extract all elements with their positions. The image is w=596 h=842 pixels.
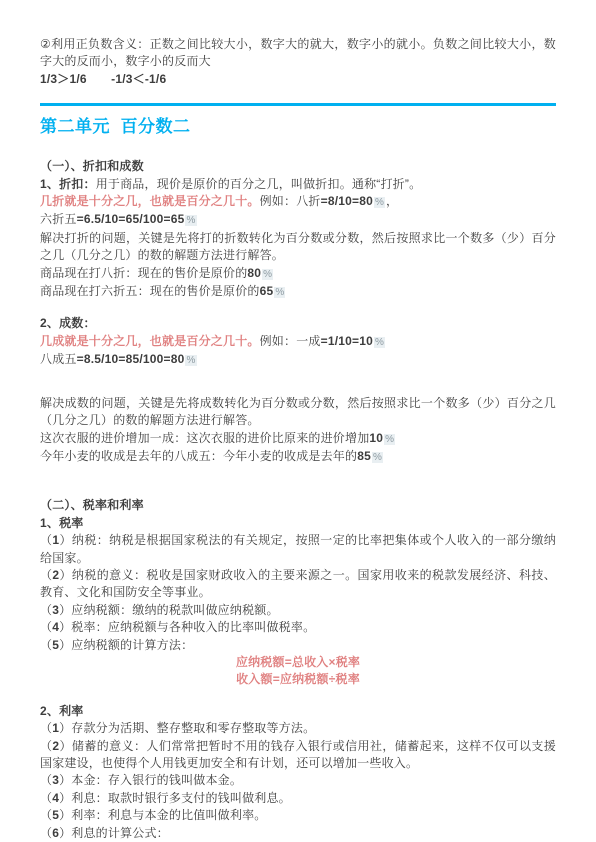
discount-label: 1、折扣： — [40, 177, 96, 191]
interest-heading: 2、利率 — [40, 703, 556, 720]
chengshu-rule-highlight: 几成就是十分之几，也就是百分之几十。 — [40, 334, 260, 348]
tax-heading: 1、税率 — [40, 515, 556, 532]
document-content: ②利用正负数含义：正数之间比较大小，数字大的就大，数字小的就小。负数之间比较大小… — [0, 0, 596, 842]
chengshu-rule: 几成就是十分之几，也就是百分之几十。例如：一成=1/10=10% — [40, 333, 556, 351]
interest-item: （6）利息的计算公式： — [40, 825, 556, 842]
document-page: ②利用正负数含义：正数之间比较大小，数字大的就大，数字小的就小。负数之间比较大小… — [0, 0, 596, 842]
fraction-comparison: 1/3＞1/6 -1/3＜-1/6 — [40, 71, 556, 88]
chengshu-case1: 这次衣服的进价增加一成：这次衣服的进价比原来的进价增加10% — [40, 430, 556, 448]
section1-heading: （一）、折扣和成数 — [40, 158, 556, 175]
unit-title: 第二单元 百分数二 — [40, 117, 556, 137]
percent-symbol: % — [185, 355, 196, 366]
chengshu-label: 2、成数： — [40, 315, 556, 332]
interest-item: （3）本金：存入银行的钱叫做本金。 — [40, 772, 556, 789]
discount-example: 例如：八折=8/10=80%， — [260, 194, 399, 208]
discount-case1: 商品现在打八折：现在的售价是原价的80% — [40, 265, 556, 283]
interest-item: （1）存款分为活期、整存整取和零存整取等方法。 — [40, 720, 556, 737]
interest-item: （2）储蓄的意义：人们常常把暂时不用的钱存入银行或信用社，储蓄起来，这样不仅可以… — [40, 738, 556, 773]
tax-formula-1: 应纳税额=总收入×税率 — [40, 654, 556, 671]
percent-symbol: % — [274, 287, 285, 298]
tax-item: （1）纳税：纳税是根据国家税法的有关规定，按照一定的比率把集体或个人收入的一部分… — [40, 532, 556, 567]
discount-rule: 几折就是十分之几，也就是百分之几十。例如：八折=8/10=80%， — [40, 193, 556, 211]
chengshu-example2: 八成五=8.5/10=85/100=80% — [40, 351, 556, 369]
percent-symbol: % — [372, 452, 383, 463]
discount-example2: 六折五=6.5/10=65/100=65% — [40, 211, 556, 229]
percent-symbol: % — [262, 269, 273, 280]
tax-item: （4）税率：应纳税额与各种收入的比率叫做税率。 — [40, 619, 556, 636]
chengshu-case2: 今年小麦的收成是去年的八成五：今年小麦的收成是去年的85% — [40, 448, 556, 466]
discount-definition: 1、折扣：用于商品，现价是原价的百分之几，叫做折扣。通称“打折”。 — [40, 176, 556, 193]
interest-item: （5）利率：利息与本金的比值叫做利率。 — [40, 807, 556, 824]
percent-symbol: % — [384, 434, 395, 445]
tax-formula-2: 收入额=应纳税额÷税率 — [40, 671, 556, 688]
percent-symbol: % — [185, 215, 196, 226]
percent-symbol: % — [374, 197, 385, 208]
discount-rule-highlight: 几折就是十分之几，也就是百分之几十。 — [40, 194, 260, 208]
discount-definition-text: 用于商品，现价是原价的百分之几，叫做折扣。通称“打折”。 — [96, 177, 422, 191]
tax-item: （5）应纳税额的计算方法： — [40, 637, 556, 654]
discount-method: 解决打折的问题，关键是先将打的折数转化为百分数或分数，然后按照求比一个数多（少）… — [40, 230, 556, 265]
chengshu-example: 例如：一成=1/10=10% — [260, 334, 386, 348]
chengshu-method: 解决成数的问题，关键是先将成数转化为百分数或分数，然后按照求比一个数多（少）百分… — [40, 395, 556, 430]
interest-item: （4）利息：取款时银行多支付的钱叫做利息。 — [40, 790, 556, 807]
percent-symbol: % — [374, 337, 385, 348]
discount-case2: 商品现在打六折五：现在的售价是原价的65% — [40, 283, 556, 301]
section-divider-rule — [40, 103, 556, 106]
intro-paragraph: ②利用正负数含义：正数之间比较大小，数字大的就大，数字小的就小。负数之间比较大小… — [40, 36, 556, 71]
section2-heading: （二）、税率和利率 — [40, 497, 556, 514]
tax-item: （3）应纳税额：缴纳的税款叫做应纳税额。 — [40, 602, 556, 619]
tax-item: （2）纳税的意义：税收是国家财政收入的主要来源之一。国家用收来的税款发展经济、科… — [40, 567, 556, 602]
